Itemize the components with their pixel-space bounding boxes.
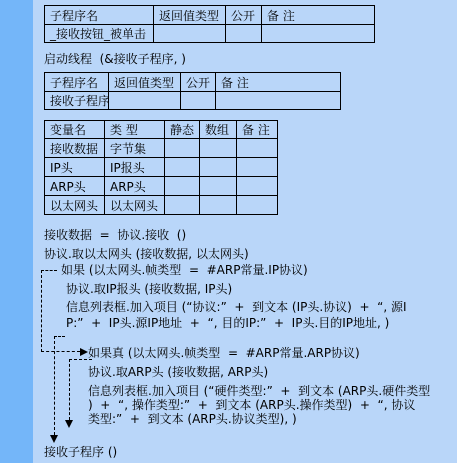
code-line-call-receive-sub[interactable]: 接收子程序 () [44,446,117,459]
static-cell[interactable] [165,177,200,196]
public-cell[interactable] [181,92,216,110]
code-line-get-ethernet-header[interactable]: 协议.取以太网头 (接收数据, 以太网头) [44,248,249,261]
header-cell: 类 型 [105,121,165,139]
table-row: 以太网头 以太网头 [45,196,278,215]
code-line-start-thread[interactable]: 启动线程 (&接收子程序, ) [44,53,186,66]
if-branch-bottom-connector [41,351,80,352]
left-margin-strip [0,0,33,463]
arrow-down-icon [65,420,73,428]
array-cell[interactable] [200,177,237,196]
variable-name-cell[interactable]: ARP头 [45,177,105,196]
variable-type-cell[interactable]: 以太网头 [105,196,165,215]
iftrue-branch-top-connector [69,359,92,360]
if-branch-left-connector [41,270,42,352]
table-header-row: 子程序名 返回值类型 公开 备 注 [45,73,341,92]
arrow-right-icon [80,348,88,356]
header-cell: 备 注 [216,73,341,92]
if-branch-top-connector [41,270,57,271]
table-header-row: 子程序名 返回值类型 公开 备 注 [45,6,375,25]
static-cell[interactable] [165,139,200,158]
variable-name-cell[interactable]: 接收数据 [45,139,105,158]
subroutine-table-2: 子程序名 返回值类型 公开 备 注 接收子程序 [44,72,341,110]
public-cell[interactable] [226,25,262,43]
header-cell: 返回值类型 [154,6,226,25]
code-line-listbox-add-ip-2[interactable]: P:” + IP头.源IP地址 + “, 目的IP:” + IP头.目的IP地址… [66,317,389,330]
header-cell: 数组 [200,121,237,139]
table-row: ARP头 ARP头 [45,177,278,196]
comment-cell[interactable] [237,177,278,196]
variable-name-cell[interactable]: 以太网头 [45,196,105,215]
table-row: 接收数据 字节集 [45,139,278,158]
subroutine-table-1: 子程序名 返回值类型 公开 备 注 _接收按钮_被单击 [44,5,375,43]
arrow-down-icon [50,435,58,443]
table-row: IP头 IP报头 [45,158,278,177]
header-cell: 静态 [165,121,200,139]
code-line-get-ip-header[interactable]: 协议.取IP报头 (接收数据, IP头) [66,283,232,296]
comment-cell[interactable] [216,92,341,110]
return-type-cell[interactable] [154,25,226,43]
comment-cell[interactable] [237,158,278,177]
code-line-listbox-add-ip-1[interactable]: 信息列表框.加入项目 (“协议:” + 到文本 (IP头.协议) + “, 源I [66,301,407,314]
return-type-cell[interactable] [109,92,181,110]
header-cell: 备 注 [237,121,278,139]
header-cell: 备 注 [262,6,375,25]
header-cell: 公开 [226,6,262,25]
variable-type-cell[interactable]: ARP头 [105,177,165,196]
skip-branch-top-connector [54,336,65,337]
header-cell: 变量名 [45,121,105,139]
variable-type-cell[interactable]: IP报头 [105,158,165,177]
subroutine-name-cell[interactable]: _接收按钮_被单击 [45,25,154,43]
header-cell: 子程序名 [45,6,154,25]
array-cell[interactable] [200,196,237,215]
code-line-listbox-add-arp-1[interactable]: 信息列表框.加入项目 (“硬件类型:” + 到文本 (ARP头.硬件类型 [88,385,430,398]
header-cell: 子程序名 [45,73,109,92]
array-cell[interactable] [200,139,237,158]
comment-cell[interactable] [237,139,278,158]
table-header-row: 变量名 类 型 静态 数组 备 注 [45,121,278,139]
table-row: _接收按钮_被单击 [45,25,375,43]
static-cell[interactable] [165,158,200,177]
array-cell[interactable] [200,158,237,177]
comment-cell[interactable] [237,196,278,215]
code-line-listbox-add-arp-2[interactable]: ) + “, 操作类型:” + 到文本 (ARP头.操作类型) + “, 协议 [88,399,415,412]
code-line-receive-assign[interactable]: 接收数据 = 协议.接收 () [44,229,186,242]
code-line-listbox-add-arp-3[interactable]: 类型:” + 到文本 (ARP头.协议类型), ) [88,413,297,426]
static-cell[interactable] [165,196,200,215]
header-cell: 返回值类型 [109,73,181,92]
header-cell: 公开 [181,73,216,92]
skip-branch-left-connector [54,336,55,435]
easy-language-code-editor: 子程序名 返回值类型 公开 备 注 _接收按钮_被单击 启动线程 (&接收子程序… [0,0,457,463]
code-line-if-true[interactable]: 如果真 (以太网头.帧类型 = #ARP常量.ARP协议) [88,347,360,360]
code-line-if[interactable]: 如果 (以太网头.帧类型 = #ARP常量.IP协议) [61,264,308,277]
comment-cell[interactable] [262,25,375,43]
variable-type-cell[interactable]: 字节集 [105,139,165,158]
variable-name-cell[interactable]: IP头 [45,158,105,177]
code-line-get-arp-header[interactable]: 协议.取ARP头 (接收数据, ARP头) [88,366,268,379]
iftrue-branch-left-connector [69,359,70,420]
subroutine-name-cell[interactable]: 接收子程序 [45,92,109,110]
variables-table: 变量名 类 型 静态 数组 备 注 接收数据 字节集 IP头 IP报头 [44,120,278,215]
table-row: 接收子程序 [45,92,341,110]
